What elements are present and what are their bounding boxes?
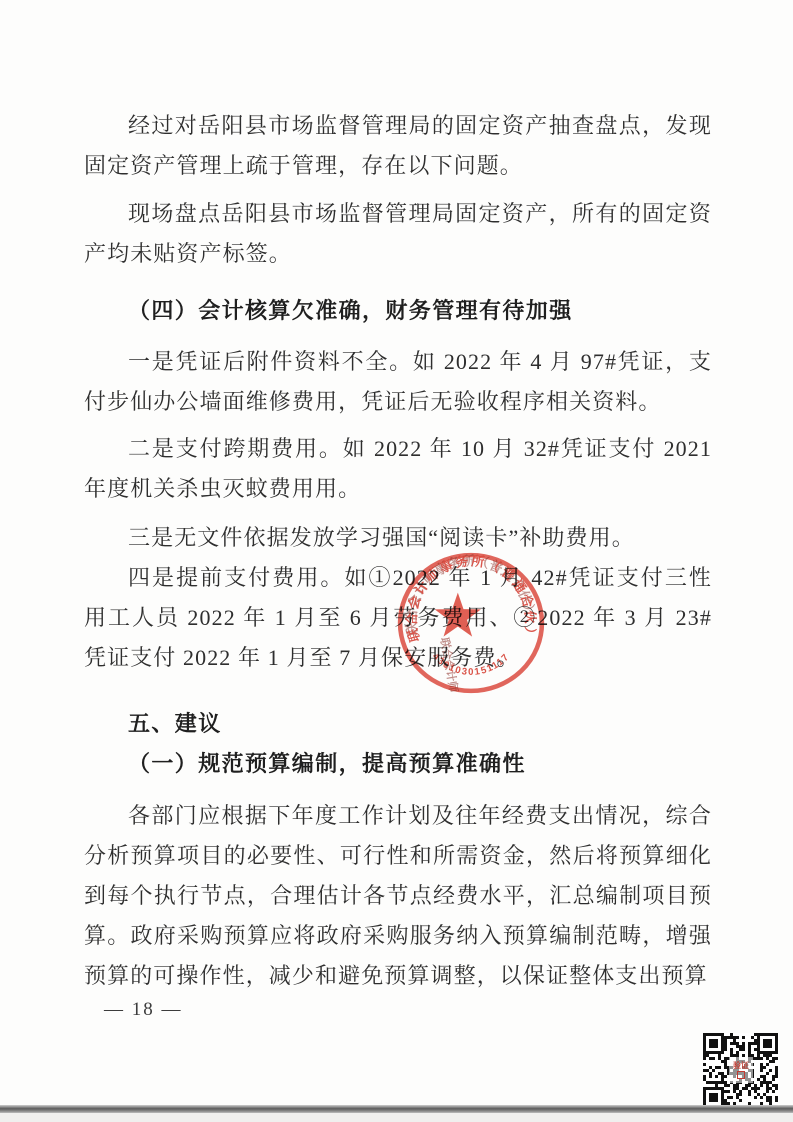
paragraph: 四是提前支付费用。如①2022 年 1 月 42#凭证支付三性用工人员 2022…	[84, 558, 712, 678]
paragraph: 一是凭证后附件资料不全。如 2022 年 4 月 97#凭证，支付步仙办公墙面维…	[84, 342, 712, 422]
section-heading: （四）会计核算欠准确，财务管理有待加强	[84, 291, 712, 331]
document-page: 经过对岳阳县市场监督管理局的固定资产抽查盘点，发现固定资产管理上疏于管理，存在以…	[0, 0, 793, 1122]
paragraph: 三是无文件依据发放学习强国“阅读卡”补助费用。	[84, 518, 712, 558]
paragraph: 各部门应根据下年度工作计划及往年经费支出情况，综合分析预算项目的必要性、可行性和…	[84, 796, 712, 996]
paragraph: 二是支付跨期费用。如 2022 年 10 月 32#凭证支付 2021 年度机关…	[84, 429, 712, 509]
chapter-heading: 五、建议	[84, 704, 712, 744]
paragraph: 经过对岳阳县市场监督管理局的固定资产抽查盘点，发现固定资产管理上疏于管理，存在以…	[84, 106, 712, 186]
paragraph: 现场盘点岳阳县市场监督管理局固定资产，所有的固定资产均未贴资产标签。	[84, 194, 712, 274]
scan-edge-below	[0, 1113, 793, 1122]
section-heading: （一）规范预算编制，提高预算准确性	[84, 744, 712, 784]
qr-center-label: 验证	[733, 1061, 749, 1070]
qr-code: 验证	[703, 1033, 779, 1107]
scan-edge-band	[0, 1105, 793, 1113]
qr-center-mark-icon	[737, 1071, 745, 1079]
qr-center-logo: 验证	[729, 1057, 753, 1083]
page-number: — 18 —	[104, 999, 183, 1021]
